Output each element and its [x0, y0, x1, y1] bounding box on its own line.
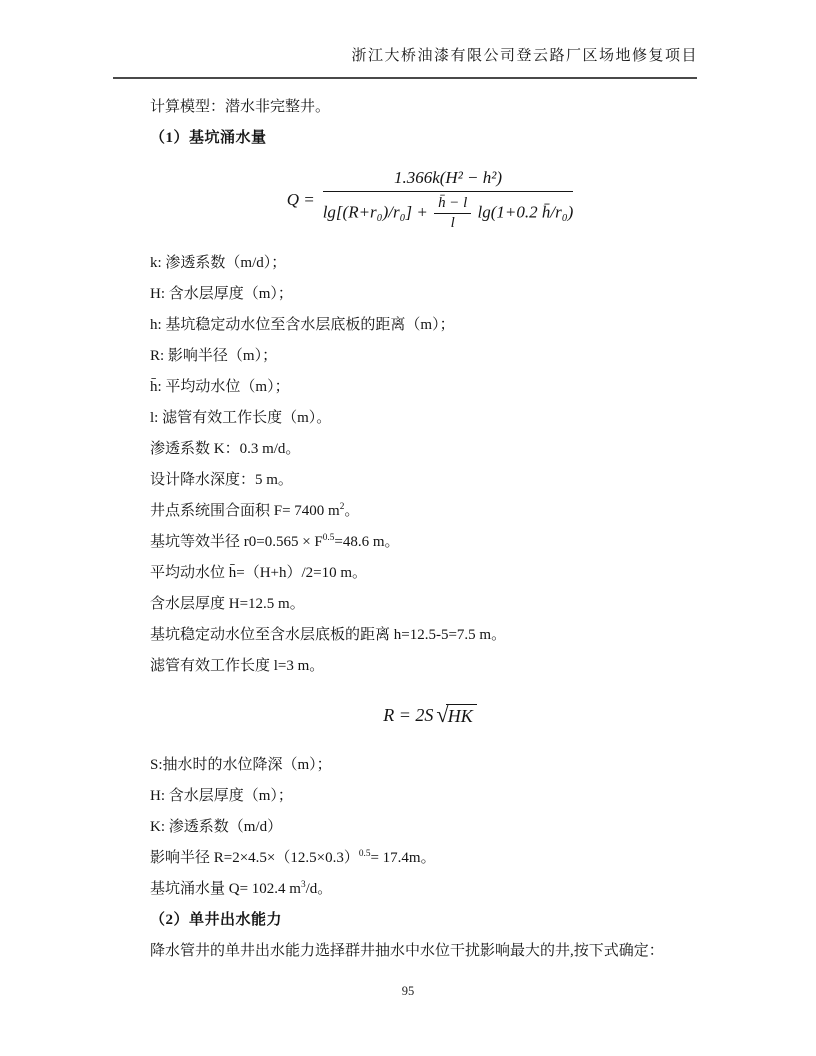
denominator-right: lg(1+0.2 h̄/r₀) [473, 202, 573, 221]
section1-heading: （1）基坑涌水量 [150, 123, 710, 154]
definition2-line: S:抽水时的水位降深（m）； [150, 750, 710, 781]
inflow-formula-fraction: 1.366k(H² − h²) lg[(R+r₀)/r₀] + h̄ − ll … [323, 168, 574, 232]
document-page: 浙江大桥油漆有限公司登云路厂区场地修复项目 计算模型：潜水非完整井。 （1）基坑… [0, 0, 816, 1056]
parameter-line: 基坑稳定动水位至含水层底板的距离 h=12.5-5=7.5 m。 [150, 620, 710, 651]
header-title: 浙江大桥油漆有限公司登云路厂区场地修复项目 [351, 44, 698, 65]
result-line: 影响半径 R=2×4.5×（12.5×0.3）0.5= 17.4m。 [150, 843, 710, 874]
inflow-formula: Q = 1.366k(H² − h²) lg[(R+r₀)/r₀] + h̄ −… [150, 168, 710, 232]
fraction-denominator: lg[(R+r₀)/r₀] + h̄ − ll lg(1+0.2 h̄/r₀) [323, 192, 574, 232]
intro-paragraph: 计算模型：潜水非完整井。 [150, 92, 710, 123]
result-line: 基坑涌水量 Q= 102.4 m3/d。 [150, 874, 710, 905]
document-content: 计算模型：潜水非完整井。 （1）基坑涌水量 Q = 1.366k(H² − h²… [150, 92, 710, 967]
inner-fraction-denominator: l [434, 214, 471, 232]
closing-paragraph: 降水管井的单井出水能力选择群井抽水中水位干扰影响最大的井,按下式确定： [150, 936, 710, 967]
header-rule [113, 77, 697, 79]
definition-line: h: 基坑稳定动水位至含水层底板的距离（m）； [150, 310, 710, 341]
radius-formula-radicand: HK [446, 704, 477, 727]
fraction-numerator: 1.366k(H² − h²) [323, 168, 574, 192]
denominator-left: lg[(R+r₀)/r₀] + [323, 202, 432, 221]
section2-heading: （2）单井出水能力 [150, 905, 710, 936]
page-number: 95 [0, 984, 816, 999]
definition2-line: K: 渗透系数（m/d） [150, 812, 710, 843]
parameter-line: 滤管有效工作长度 l=3 m。 [150, 651, 710, 682]
parameter-line: 井点系统围合面积 F= 7400 m2。 [150, 496, 710, 527]
parameter-line: 渗透系数 K：0.3 m/d。 [150, 434, 710, 465]
parameter-line: 平均动水位 h̄=（H+h）/2=10 m。 [150, 558, 710, 589]
parameter-line: 设计降水深度：5 m。 [150, 465, 710, 496]
definition-line: l: 滤管有效工作长度（m）。 [150, 403, 710, 434]
inner-fraction: h̄ − ll [434, 195, 471, 232]
radius-formula-lhs: R = 2S [383, 705, 433, 726]
inner-fraction-numerator: h̄ − l [434, 195, 471, 214]
definition2-line: H: 含水层厚度（m）； [150, 781, 710, 812]
definition-line: R: 影响半径（m）； [150, 341, 710, 372]
definition-line: h̄: 平均动水位（m）； [150, 372, 710, 403]
parameter-line: 含水层厚度 H=12.5 m。 [150, 589, 710, 620]
definition-line: H: 含水层厚度（m）； [150, 279, 710, 310]
inflow-formula-lhs: Q = [287, 190, 315, 210]
parameter-line: 基坑等效半径 r0=0.565 × F0.5=48.6 m。 [150, 527, 710, 558]
radius-formula: R = 2S√HK [150, 692, 710, 738]
definition-line: k: 渗透系数（m/d）； [150, 248, 710, 279]
